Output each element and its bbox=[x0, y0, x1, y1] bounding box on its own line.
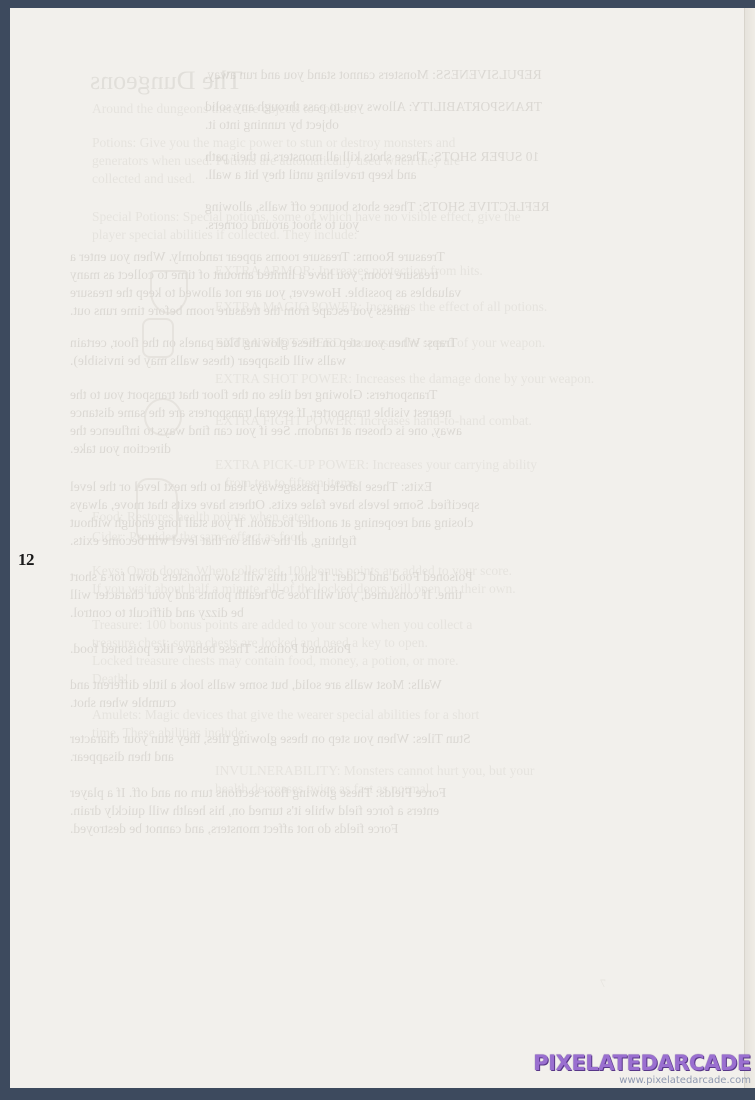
bleed-through-line: REPULSIVENESS: Monsters cannot stand you… bbox=[205, 66, 542, 84]
bleed-through-line: Amulets: Magic devices that give the wea… bbox=[92, 706, 479, 724]
hand-ghost-icon bbox=[136, 478, 178, 540]
bleed-through-line: Around the dungeons there are objects to… bbox=[92, 100, 357, 118]
bleed-through-line: object by running into it. bbox=[205, 116, 339, 134]
bleed-through-line: Transporters: Glowing red tiles on the f… bbox=[70, 386, 437, 404]
watermark-title: PIXELATEDARCADE bbox=[533, 1052, 751, 1074]
orb-ghost-icon bbox=[144, 398, 182, 436]
bleed-through-page-number: 7 bbox=[600, 974, 606, 992]
bleed-through-line: walls will disappear (these walls may be… bbox=[70, 352, 346, 370]
watermark: PIXELATEDARCADE www.pixelatedarcade.com bbox=[533, 1052, 751, 1086]
page-fold-shadow bbox=[745, 8, 755, 1088]
armor-ghost-icon bbox=[142, 318, 174, 358]
bleed-through-line: player special abilities if collected. T… bbox=[92, 226, 358, 244]
bleed-through-line: time. These abilities include: bbox=[92, 724, 248, 742]
bleed-through-line: EXTRA FIGHT POWER: Increases hand-to-han… bbox=[215, 412, 532, 430]
bleed-through-line: If you wait about half a minute, all of … bbox=[92, 580, 516, 598]
shield-ghost-icon bbox=[150, 270, 188, 314]
bleed-through-line: EXTRA SHOT SPEED: Increases the speed of… bbox=[215, 334, 545, 352]
bleed-through-line: EXTRA MAGIC POWER: Increases the effect … bbox=[215, 298, 547, 316]
bleed-through-line: Treasure: 100 bonus points are added to … bbox=[92, 616, 472, 634]
bleed-through-line: EXTRA SHOT POWER: Increases the damage d… bbox=[215, 370, 594, 388]
bleed-through-line: EXTRA PICK-UP POWER: Increases your carr… bbox=[215, 456, 537, 474]
bleed-through-line: Special Potions: Special potions, some o… bbox=[92, 208, 521, 226]
manual-page: The Dungeons REPULSIVENESS: Monsters can… bbox=[10, 8, 755, 1088]
bleed-through-line: collected and used. bbox=[92, 170, 195, 188]
bleed-through-line: Force fields do not affect monsters, and… bbox=[70, 820, 399, 838]
bleed-through-line: INVULNERABILITY: Monsters cannot hurt yo… bbox=[215, 762, 534, 780]
bleed-through-line: Death! bbox=[92, 670, 129, 688]
bleed-through-line: generators when used. Potions are automa… bbox=[92, 152, 460, 170]
bleed-through-line: Food: Restores health points when eaten. bbox=[92, 508, 314, 526]
bleed-through-line: direction you take. bbox=[70, 440, 171, 458]
page-number: 12 bbox=[18, 550, 34, 570]
bleed-through-line: from ten to fifteen items. bbox=[225, 474, 360, 492]
bleed-through-line: and then disappear. bbox=[70, 748, 174, 766]
page-fold-line bbox=[744, 8, 745, 1088]
bleed-through-line: Potions: Give you the magic power to stu… bbox=[92, 134, 455, 152]
bleed-through-line: Cider: Provides the same effect as food. bbox=[92, 528, 307, 546]
bleed-through-line: health decreases twice as fast as normal… bbox=[215, 780, 433, 798]
watermark-url: www.pixelatedarcade.com bbox=[533, 1075, 751, 1086]
bleed-through-line: EXTRA ARMOR: Increases protection from h… bbox=[215, 262, 483, 280]
bleed-through-line: Keys: Open doors. When collected, 100 bo… bbox=[92, 562, 512, 580]
bleed-through-line: treasure chest; some chests are locked a… bbox=[92, 634, 428, 652]
bleed-through-line: Locked treasure chests may contain food,… bbox=[92, 652, 459, 670]
bleed-through-line: enters a force field while it's turned o… bbox=[70, 802, 439, 820]
